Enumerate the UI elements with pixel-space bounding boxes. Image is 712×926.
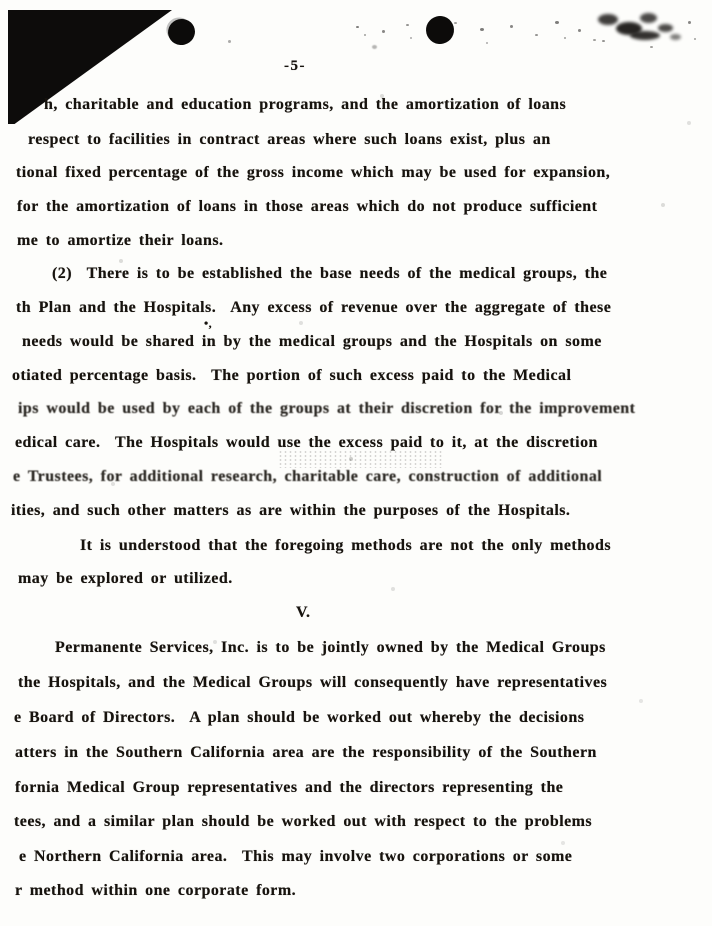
text-line: fornia Medical Group representatives and… xyxy=(15,778,563,798)
hole-punch-dot-left xyxy=(165,16,197,48)
text-line: ips would be used by each of the groups … xyxy=(18,399,635,419)
text-line: respect to facilities in contract areas … xyxy=(28,130,551,150)
text-line: edical care. The Hospitals would use the… xyxy=(15,433,598,453)
text-line: for the amortization of loans in those a… xyxy=(17,197,597,217)
text-line: r method within one corporate form. xyxy=(15,881,296,901)
text-line: h, charitable and education programs, an… xyxy=(44,95,566,115)
text-line: ities, and such other matters as are wit… xyxy=(11,501,570,521)
text-line: It is understood that the foregoing meth… xyxy=(80,536,611,556)
text-line: me to amortize their loans. xyxy=(17,231,223,251)
text-line: tional fixed percentage of the gross inc… xyxy=(16,163,610,183)
text-line: e Northern California area. This may inv… xyxy=(19,847,572,867)
text-line: may be explored or utilized. xyxy=(18,569,233,589)
ink-smudge-cluster xyxy=(350,4,712,60)
scanned-document-page: -5- •, h, charitable and education progr… xyxy=(0,0,712,926)
scan-speck xyxy=(228,40,231,43)
page-number: -5- xyxy=(284,56,306,76)
text-line: otiated percentage basis. The portion of… xyxy=(12,366,571,386)
paragraph-2-start-line: (2) There is to be established the base … xyxy=(52,264,607,284)
text-line: e Board of Directors. A plan should be w… xyxy=(14,708,584,728)
scan-grain xyxy=(0,0,2,2)
text-line: needs would be shared in by the medical … xyxy=(22,332,602,352)
text-line: th Plan and the Hospitals. Any excess of… xyxy=(16,298,611,318)
text-line: atters in the Southern California area a… xyxy=(15,743,597,763)
section-heading-v: V. xyxy=(296,603,310,623)
text-line: tees, and a similar plan should be worke… xyxy=(14,812,592,832)
text-line: e Trustees, for additional research, cha… xyxy=(13,467,602,487)
paragraph-5-start-line: Permanente Services, Inc. is to be joint… xyxy=(55,638,606,658)
text-line: the Hospitals, and the Medical Groups wi… xyxy=(18,673,607,693)
